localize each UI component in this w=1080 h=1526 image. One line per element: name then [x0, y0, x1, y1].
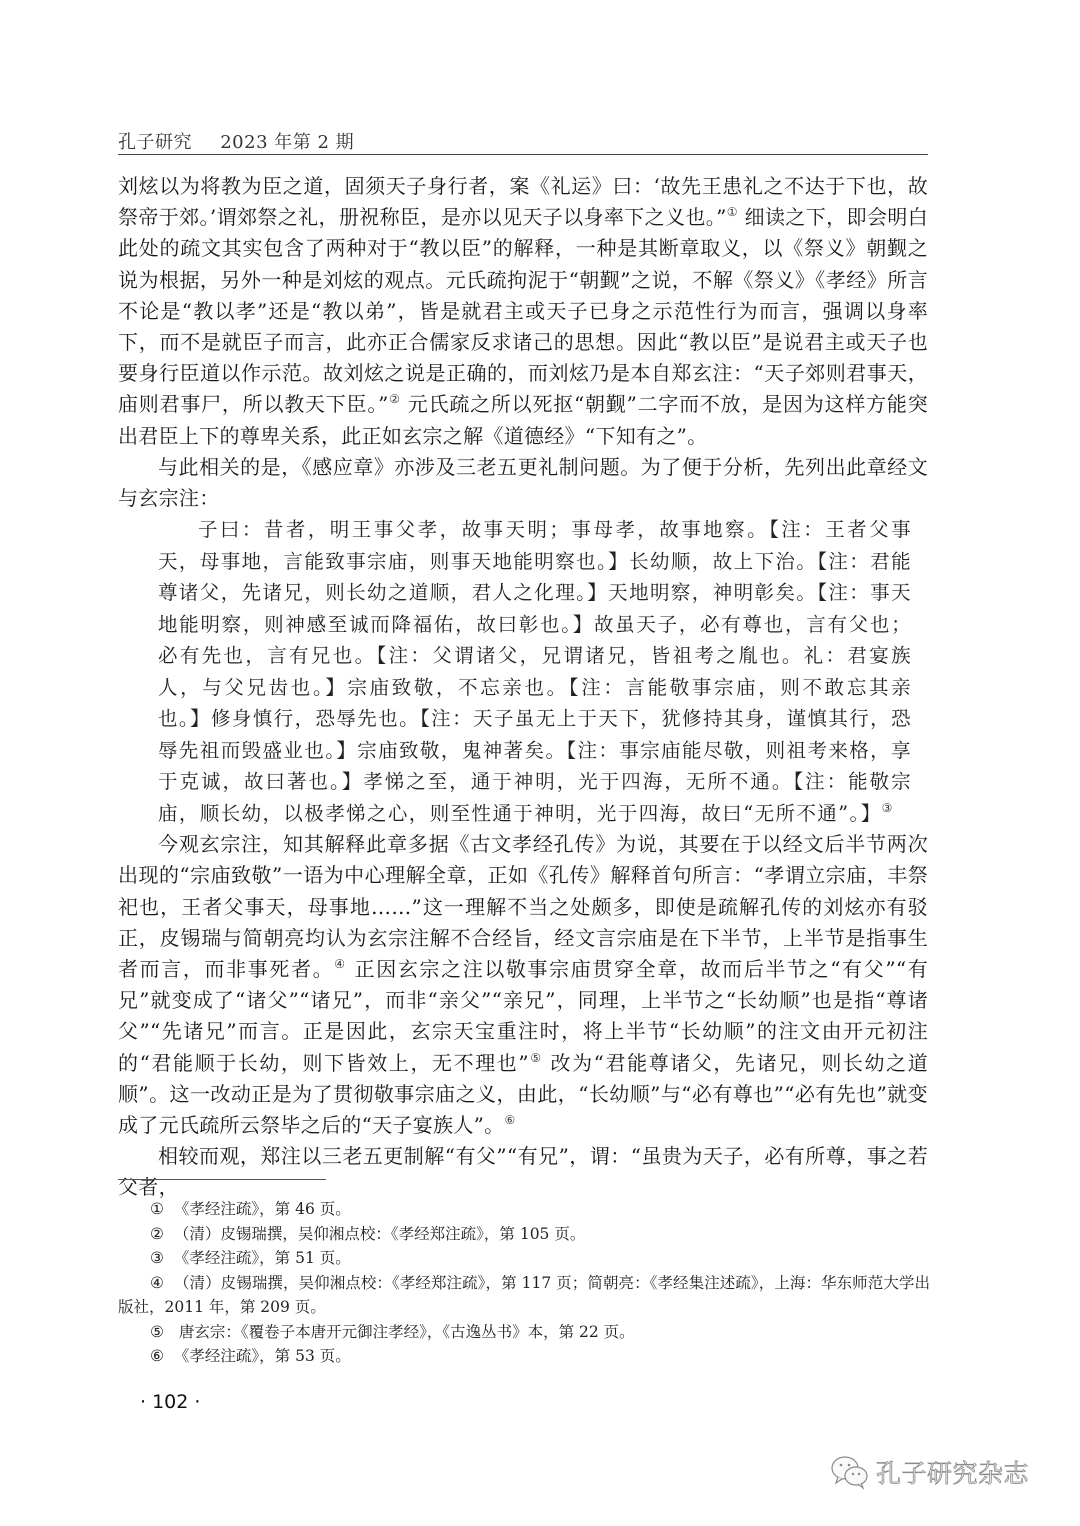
footnote-5: ⑤ 唐玄宗：《覆卷子本唐开元御注孝经》，《古逸丛书》本，第 22 页。: [118, 1320, 930, 1345]
footnote-ref-5[interactable]: ⑤: [529, 1051, 543, 1065]
header-rule: [118, 154, 928, 155]
watermark: 孔子研究杂志: [830, 1452, 1029, 1492]
footnote-ref-4[interactable]: ④: [334, 957, 346, 971]
footnote-1: ①《孝经注疏》，第 46 页。: [118, 1197, 930, 1222]
footnote-number: ③: [150, 1249, 164, 1267]
footnote-3: ③《孝经注疏》，第 51 页。: [118, 1246, 930, 1271]
quote-body: 子曰：昔者，明王事父孝，故事天明；事母孝，故事地察。【注：王者父事天，母事地，言…: [158, 518, 912, 825]
footnote-separator: [118, 1179, 326, 1180]
wechat-icon: [830, 1453, 870, 1491]
paragraph-text: 细读之下，即会明白此处的疏文其实包含了两种对于“教以臣”的解释，一种是其断章取义…: [118, 205, 928, 416]
footnote-text: 《孝经注疏》，第 46 页。: [174, 1200, 351, 1218]
footnote-number: ⑤: [150, 1323, 164, 1341]
footnote-number: ⑥: [150, 1347, 164, 1365]
paragraph-2: 与此相关的是，《感应章》亦涉及三老五更礼制问题。为了便于分析，先列出此章经文与玄…: [118, 452, 928, 514]
quote-text: 子曰：昔者，明王事父孝，故事天明；事母孝，故事地察。【注：王者父事天，母事地，言…: [158, 514, 912, 829]
watermark-label: 孔子研究杂志: [876, 1454, 1029, 1490]
footnote-text: 唐玄宗：《覆卷子本唐开元御注孝经》，《古逸丛书》本，第 22 页。: [174, 1323, 635, 1341]
running-header: 孔子研究 2023 年第 2 期: [118, 128, 928, 154]
footnote-number: ①: [150, 1200, 164, 1218]
page-number: · 102 ·: [140, 1391, 200, 1413]
footnote-text: 《孝经注疏》，第 51 页。: [174, 1249, 351, 1267]
paragraph-4: 相较而观，郑注以三老五更制解“有父”“有兄”，谓：“虽贵为天子，必有所尊，事之若…: [118, 1141, 928, 1203]
footnote-text: （清）皮锡瑞撰，吴仰湘点校：《孝经郑注疏》，第 105 页。: [174, 1225, 585, 1243]
footnote-ref-2[interactable]: ②: [389, 392, 401, 406]
journal-name: 孔子研究: [118, 132, 192, 153]
footnote-text: 《孝经注疏》，第 53 页。: [174, 1347, 351, 1365]
footnotes: ①《孝经注疏》，第 46 页。 ②（清）皮锡瑞撰，吴仰湘点校：《孝经郑注疏》，第…: [118, 1197, 930, 1369]
footnote-ref-6[interactable]: ⑥: [504, 1113, 515, 1127]
footnote-number: ④: [150, 1274, 164, 1292]
article-body: 刘炫以为将教为臣之道，固须天子身行者，案《礼运》曰：‘故先王患礼之不达于下也，故…: [118, 171, 928, 1204]
paragraph-text: 与此相关的是，《感应章》亦涉及三老五更礼制问题。为了便于分析，先列出此章经文与玄…: [118, 455, 928, 510]
footnote-ref-3[interactable]: ③: [882, 801, 894, 815]
document-page: 孔子研究 2023 年第 2 期 刘炫以为将教为臣之道，固须天子身行者，案《礼运…: [0, 0, 1080, 1526]
paragraph-1: 刘炫以为将教为臣之道，固须天子身行者，案《礼运》曰：‘故先王患礼之不达于下也，故…: [118, 171, 928, 452]
issue-label: 2023 年第 2 期: [220, 132, 354, 153]
footnote-4: ④（清）皮锡瑞撰，吴仰湘点校：《孝经郑注疏》，第 117 页；简朝亮：《孝经集注…: [118, 1271, 930, 1320]
footnote-6: ⑥《孝经注疏》，第 53 页。: [118, 1344, 930, 1369]
paragraph-text: 相较而观，郑注以三老五更制解“有父”“有兄”，谓：“虽贵为天子，必有所尊，事之若…: [118, 1144, 928, 1199]
footnote-ref-1[interactable]: ①: [727, 205, 738, 219]
paragraph-3: 今观玄宗注，知其解释此章多据《古文孝经孔传》为说，其要在于以经文后半节两次出现的…: [118, 829, 928, 1141]
block-quote: 子曰：昔者，明王事父孝，故事天明；事母孝，故事地察。【注：王者父事天，母事地，言…: [158, 514, 912, 829]
footnote-2: ②（清）皮锡瑞撰，吴仰湘点校：《孝经郑注疏》，第 105 页。: [118, 1222, 930, 1247]
footnote-text: （清）皮锡瑞撰，吴仰湘点校：《孝经郑注疏》，第 117 页；简朝亮：《孝经集注述…: [118, 1274, 930, 1317]
footnote-number: ②: [150, 1225, 164, 1243]
